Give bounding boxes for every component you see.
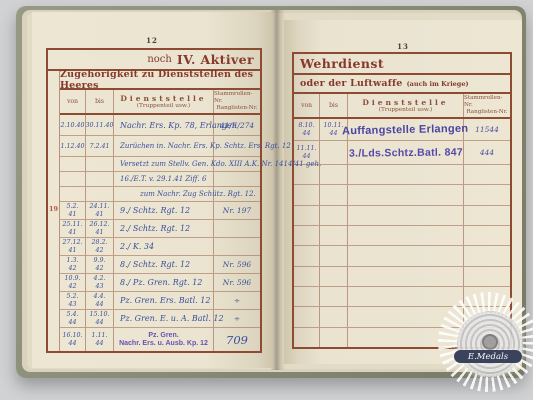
table-row: 11.11. 44 3./Lds.Schtz.Batl. 847 444 [294,141,510,165]
nr-cell: ÷ [214,292,260,309]
bis-cell [86,157,114,171]
bis-cell: 4.4. 44 [86,292,114,309]
table-row: 5.2. 41 24.11. 41 9./ Schtz. Rgt. 12 Nr.… [60,202,260,220]
left-subheading-band: Zugehörigkeit zu Dienststellen des Heere… [60,71,260,90]
dienststelle-cell: 2./ Schtz. Rgt. 12 [114,220,214,237]
left-main-column: Zugehörigkeit zu Dienststellen des Heere… [60,71,260,351]
von-cell [60,187,86,201]
table-row: 27.12. 41 28.2. 42 2./ K. 34 [60,238,260,256]
bis-cell: 24.11. 41 [86,202,114,219]
table-row: zum Nachr. Zug Schütz. Rgt. 12. [60,187,260,202]
dienststelle-cell: 16./E.T. v. 29.1.41 Ziff. 6 [114,172,214,186]
nr-cell: 444 [464,141,510,164]
right-subheading-note: (auch im Kriege) [407,80,469,88]
von-cell: 25.11. 41 [60,220,86,237]
dienststelle-cell: Auffangstelle Erlangen [348,119,464,140]
von-cell: 8.10. 44 [294,119,320,140]
left-heading-main: IV. Aktiver [177,52,254,67]
dienststelle-cell: 8./ Schtz. Rgt. 12 [114,256,214,273]
year-prefix-label: 19 [49,205,58,213]
table-row: 16.10. 44 1.11. 44 Pz. Gren. Nachr. Ers.… [60,328,260,351]
empty-table-row [294,165,510,185]
unit-stamp: Auffangstelle Erlangen [342,122,469,137]
von-cell: 1.12.40 [60,136,86,156]
von-cell: 5.4. 44 [60,310,86,327]
von-cell: 27.12. 41 [60,238,86,255]
table-row: Versetzt zum Stellv. Gen. Kdo. XIII A.K.… [60,157,260,172]
von-cell: 1.3. 42 [60,256,86,273]
col-header-stammrollen: Stammrollen-Nr. Ranglisten-Nr. [214,90,260,113]
bis-cell: 7.2.41 [86,136,114,156]
dienststelle-cell: zum Nachr. Zug Schütz. Rgt. 12. [114,187,214,201]
left-table-body: 19 Zugehörigkeit zu Dienststellen des He… [48,71,260,351]
dienststelle-cell: Pz. Gren. Ers. Batl. 12 [114,292,214,309]
left-page: 12 noch IV. Aktiver 19 Zugehörigkeit zu … [32,12,272,368]
von-cell: 16.10. 44 [60,328,86,351]
von-cell [60,172,86,186]
table-row: 5.4. 44 15.10. 44 Pz. Gren. E. u. A. Bat… [60,310,260,328]
bis-cell [86,187,114,201]
von-cell: 5.2. 41 [60,202,86,219]
col-header-von: von [294,94,320,117]
col-header-von: von [60,90,86,113]
right-heading-band: Wehrdienst [294,54,510,75]
empty-table-row [294,206,510,226]
left-table-frame: noch IV. Aktiver 19 Zugehörigkeit zu Die… [46,48,262,353]
empty-table-row [294,226,510,246]
bis-cell: 9.9. 42 [86,256,114,273]
nr-cell: Nr. 197 [214,202,260,219]
dienststelle-cell: 9./ Schtz. Rgt. 12 [114,202,214,219]
bis-cell: 4.2. 43 [86,274,114,291]
emedals-watermark: E.Medals [438,292,533,392]
bis-cell: 28.2. 42 [86,238,114,255]
empty-table-row [294,246,510,266]
table-row: 5.2. 43 4.4. 44 Pz. Gren. Ers. Batl. 12 … [60,292,260,310]
nr-cell [214,220,260,237]
nr-cell: 709 [214,328,260,351]
dienststelle-cell: Pz. Gren. E. u. A. Batl. 12 [114,310,214,327]
left-page-number: 12 [32,36,272,45]
right-page-number: 13 [284,42,522,51]
nr-cell [214,238,260,255]
right-heading-main: Wehrdienst [300,56,384,71]
empty-table-row [294,267,510,287]
dienststelle-cell: 3./Lds.Schtz.Batl. 847 [348,141,464,164]
unit-stamp: 3./Lds.Schtz.Batl. 847 [348,146,462,159]
empty-table-row [294,185,510,205]
watermark-center-icon [482,334,498,350]
left-subheading: Zugehörigkeit zu Dienststellen des Heere… [60,69,260,91]
left-margin-column: 19 [48,71,60,351]
left-heading-prefix: noch [147,54,172,65]
von-cell: 5.2. 43 [60,292,86,309]
table-row: 1.12.40 7.2.41 Zurüchen in. Nachr. Ers. … [60,136,260,157]
bis-cell [86,172,114,186]
dienststelle-cell: Pz. Gren. Nachr. Ers. u. Ausb. Kp. 12 [114,328,214,351]
von-cell [60,157,86,171]
dienststelle-cell: Zurüchen in. Nachr. Ers. Kp. Schtz. Ers.… [114,136,214,156]
col-header-dienststelle: Dienststelle (Truppenteil usw.) [348,94,464,117]
bis-cell: 26.12. 41 [86,220,114,237]
col-header-bis: bis [320,94,348,117]
right-column-headers: von bis Dienststelle (Truppenteil usw.) … [294,94,510,119]
dienststelle-cell: 2./ K. 34 [114,238,214,255]
table-row: 10.9. 42 4.2. 43 8./ Pz. Gren. Rgt. 12 N… [60,274,260,292]
left-rows: 2.10.40 30.11.40 Nachr. Ers. Kp. 78, Erl… [60,115,260,351]
col-header-dienststelle: Dienststelle (Truppenteil usw.) [114,90,214,113]
von-cell: 10.9. 42 [60,274,86,291]
unit-stamp-line1: Pz. Gren. [148,332,178,340]
right-subheading-band: oder der Luftwaffe (auch im Kriege) [294,75,510,94]
bis-cell [320,141,348,164]
nr-cell [214,172,260,186]
left-column-headers: von bis Dienststelle (Truppenteil usw.) … [60,90,260,115]
photo-of-wehrpass-spread: 12 noch IV. Aktiver 19 Zugehörigkeit zu … [0,0,533,400]
nr-cell: 11544 [464,119,510,140]
dienststelle-cell: Versetzt zum Stellv. Gen. Kdo. XIII A.K.… [114,157,214,171]
col-header-stammrollen: Stammrollen-Nr. Ranglisten-Nr. [464,94,510,117]
nr-cell: Nr. 596 [214,256,260,273]
dienststelle-cell: Nachr. Ers. Kp. 78, Erlangen [114,115,214,135]
col-header-bis: bis [86,90,114,113]
table-row: 1.3. 42 9.9. 42 8./ Schtz. Rgt. 12 Nr. 5… [60,256,260,274]
right-subheading: oder der Luftwaffe [300,78,403,89]
nr-cell: Nr. 596 [214,274,260,291]
bis-cell: 15.10. 44 [86,310,114,327]
watermark-label: E.Medals [454,350,522,363]
table-row: 16./E.T. v. 29.1.41 Ziff. 6 [60,172,260,187]
table-row: 8.10. 44 10.11. 44 Auffangstelle Erlange… [294,119,510,141]
unit-stamp-line2: Nachr. Ers. u. Ausb. Kp. 12 [119,340,208,348]
bis-cell: 30.11.40 [86,115,114,135]
von-cell: 2.10.40 [60,115,86,135]
bis-cell: 1.11. 44 [86,328,114,351]
book-spine-shadow [270,10,285,370]
table-row: 25.11. 41 26.12. 41 2./ Schtz. Rgt. 12 [60,220,260,238]
table-row: 2.10.40 30.11.40 Nachr. Ers. Kp. 78, Erl… [60,115,260,136]
dienststelle-cell: 8./ Pz. Gren. Rgt. 12 [114,274,214,291]
